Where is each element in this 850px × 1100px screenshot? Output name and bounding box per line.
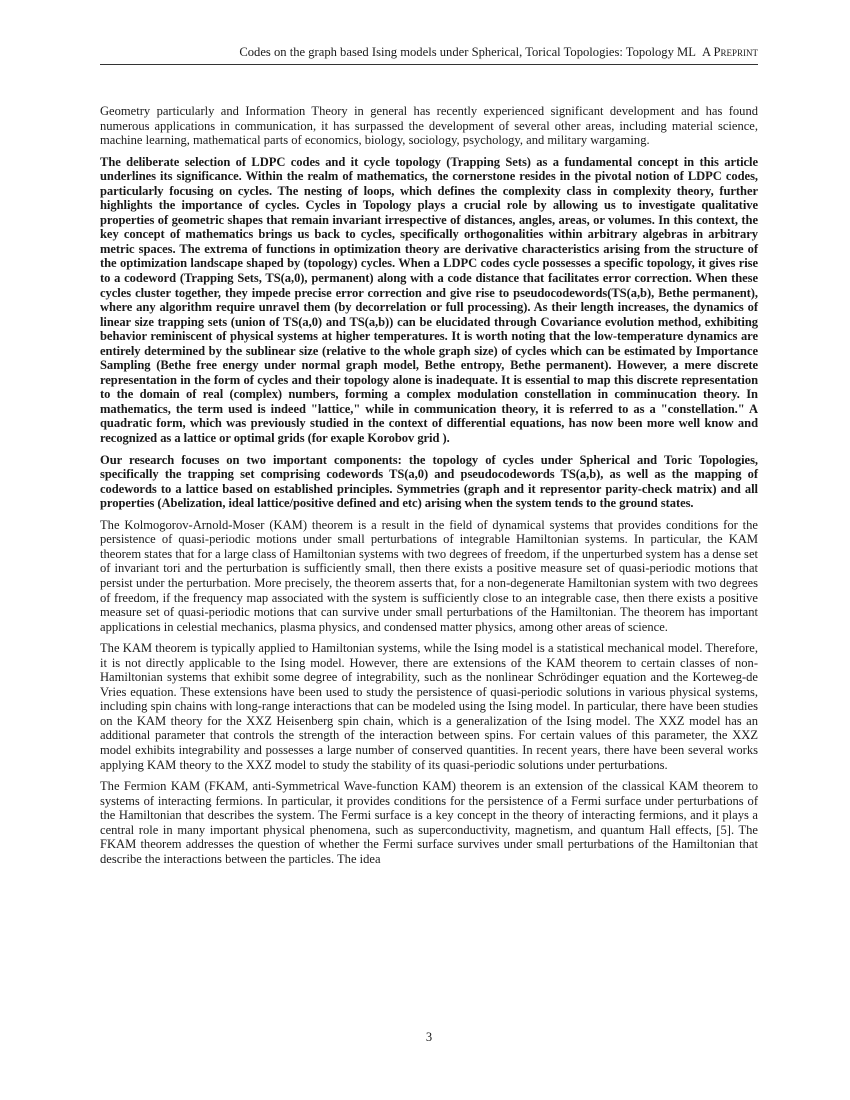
paragraph-kam-theorem: The Kolmogorov-Arnold-Moser (KAM) theore… [100, 518, 758, 634]
running-header: Codes on the graph based Ising models un… [239, 45, 758, 59]
paragraph-kam-ising: The KAM theorem is typically applied to … [100, 641, 758, 772]
running-title: Codes on the graph based Ising models un… [239, 45, 696, 59]
paragraph-research-focus: Our research focuses on two important co… [100, 453, 758, 511]
header-rule [100, 64, 758, 65]
page-number: 3 [100, 1030, 758, 1045]
paragraph-ldpc-cycles: The deliberate selection of LDPC codes a… [100, 155, 758, 446]
paragraph-intro: Geometry particularly and Information Th… [100, 104, 758, 148]
body-text: Geometry particularly and Information Th… [100, 104, 758, 873]
preprint-label: A Preprint [702, 45, 758, 59]
paragraph-fermion-kam: The Fermion KAM (FKAM, anti-Symmetrical … [100, 779, 758, 866]
